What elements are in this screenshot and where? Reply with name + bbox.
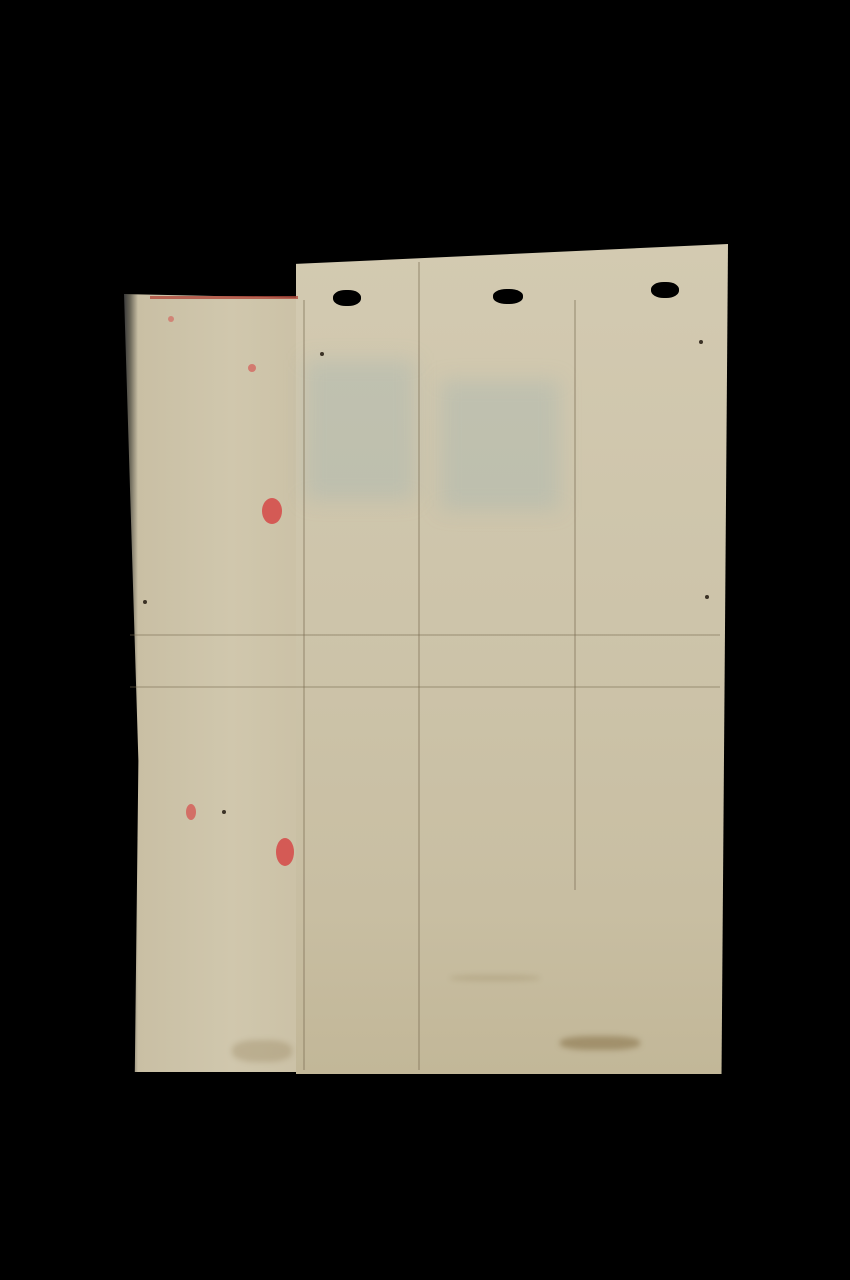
fold-line — [130, 634, 720, 636]
brown-smudge — [560, 1036, 640, 1050]
red-stain — [248, 364, 256, 372]
red-edge-stripe — [150, 296, 298, 299]
red-stain — [168, 316, 174, 322]
hole — [333, 290, 361, 306]
dark-spot — [143, 600, 147, 604]
hole — [651, 282, 679, 298]
brown-smudge — [232, 1040, 292, 1062]
dark-spot — [705, 595, 709, 599]
fold-line — [574, 300, 576, 890]
fold-line — [418, 262, 420, 1070]
dark-spot — [222, 810, 226, 814]
dark-spot — [699, 340, 703, 344]
hole — [493, 289, 523, 304]
faded-text-mark — [450, 975, 540, 981]
faded-blue-print — [305, 360, 415, 500]
red-stain — [276, 838, 294, 866]
fold-line — [303, 300, 305, 1070]
left-panel — [124, 294, 304, 1072]
faded-blue-print — [440, 380, 560, 510]
red-stain — [262, 498, 282, 524]
fold-line — [130, 686, 720, 688]
aged-fabric-artifact — [0, 0, 850, 1280]
dark-spot — [320, 352, 324, 356]
red-stain — [186, 804, 196, 820]
